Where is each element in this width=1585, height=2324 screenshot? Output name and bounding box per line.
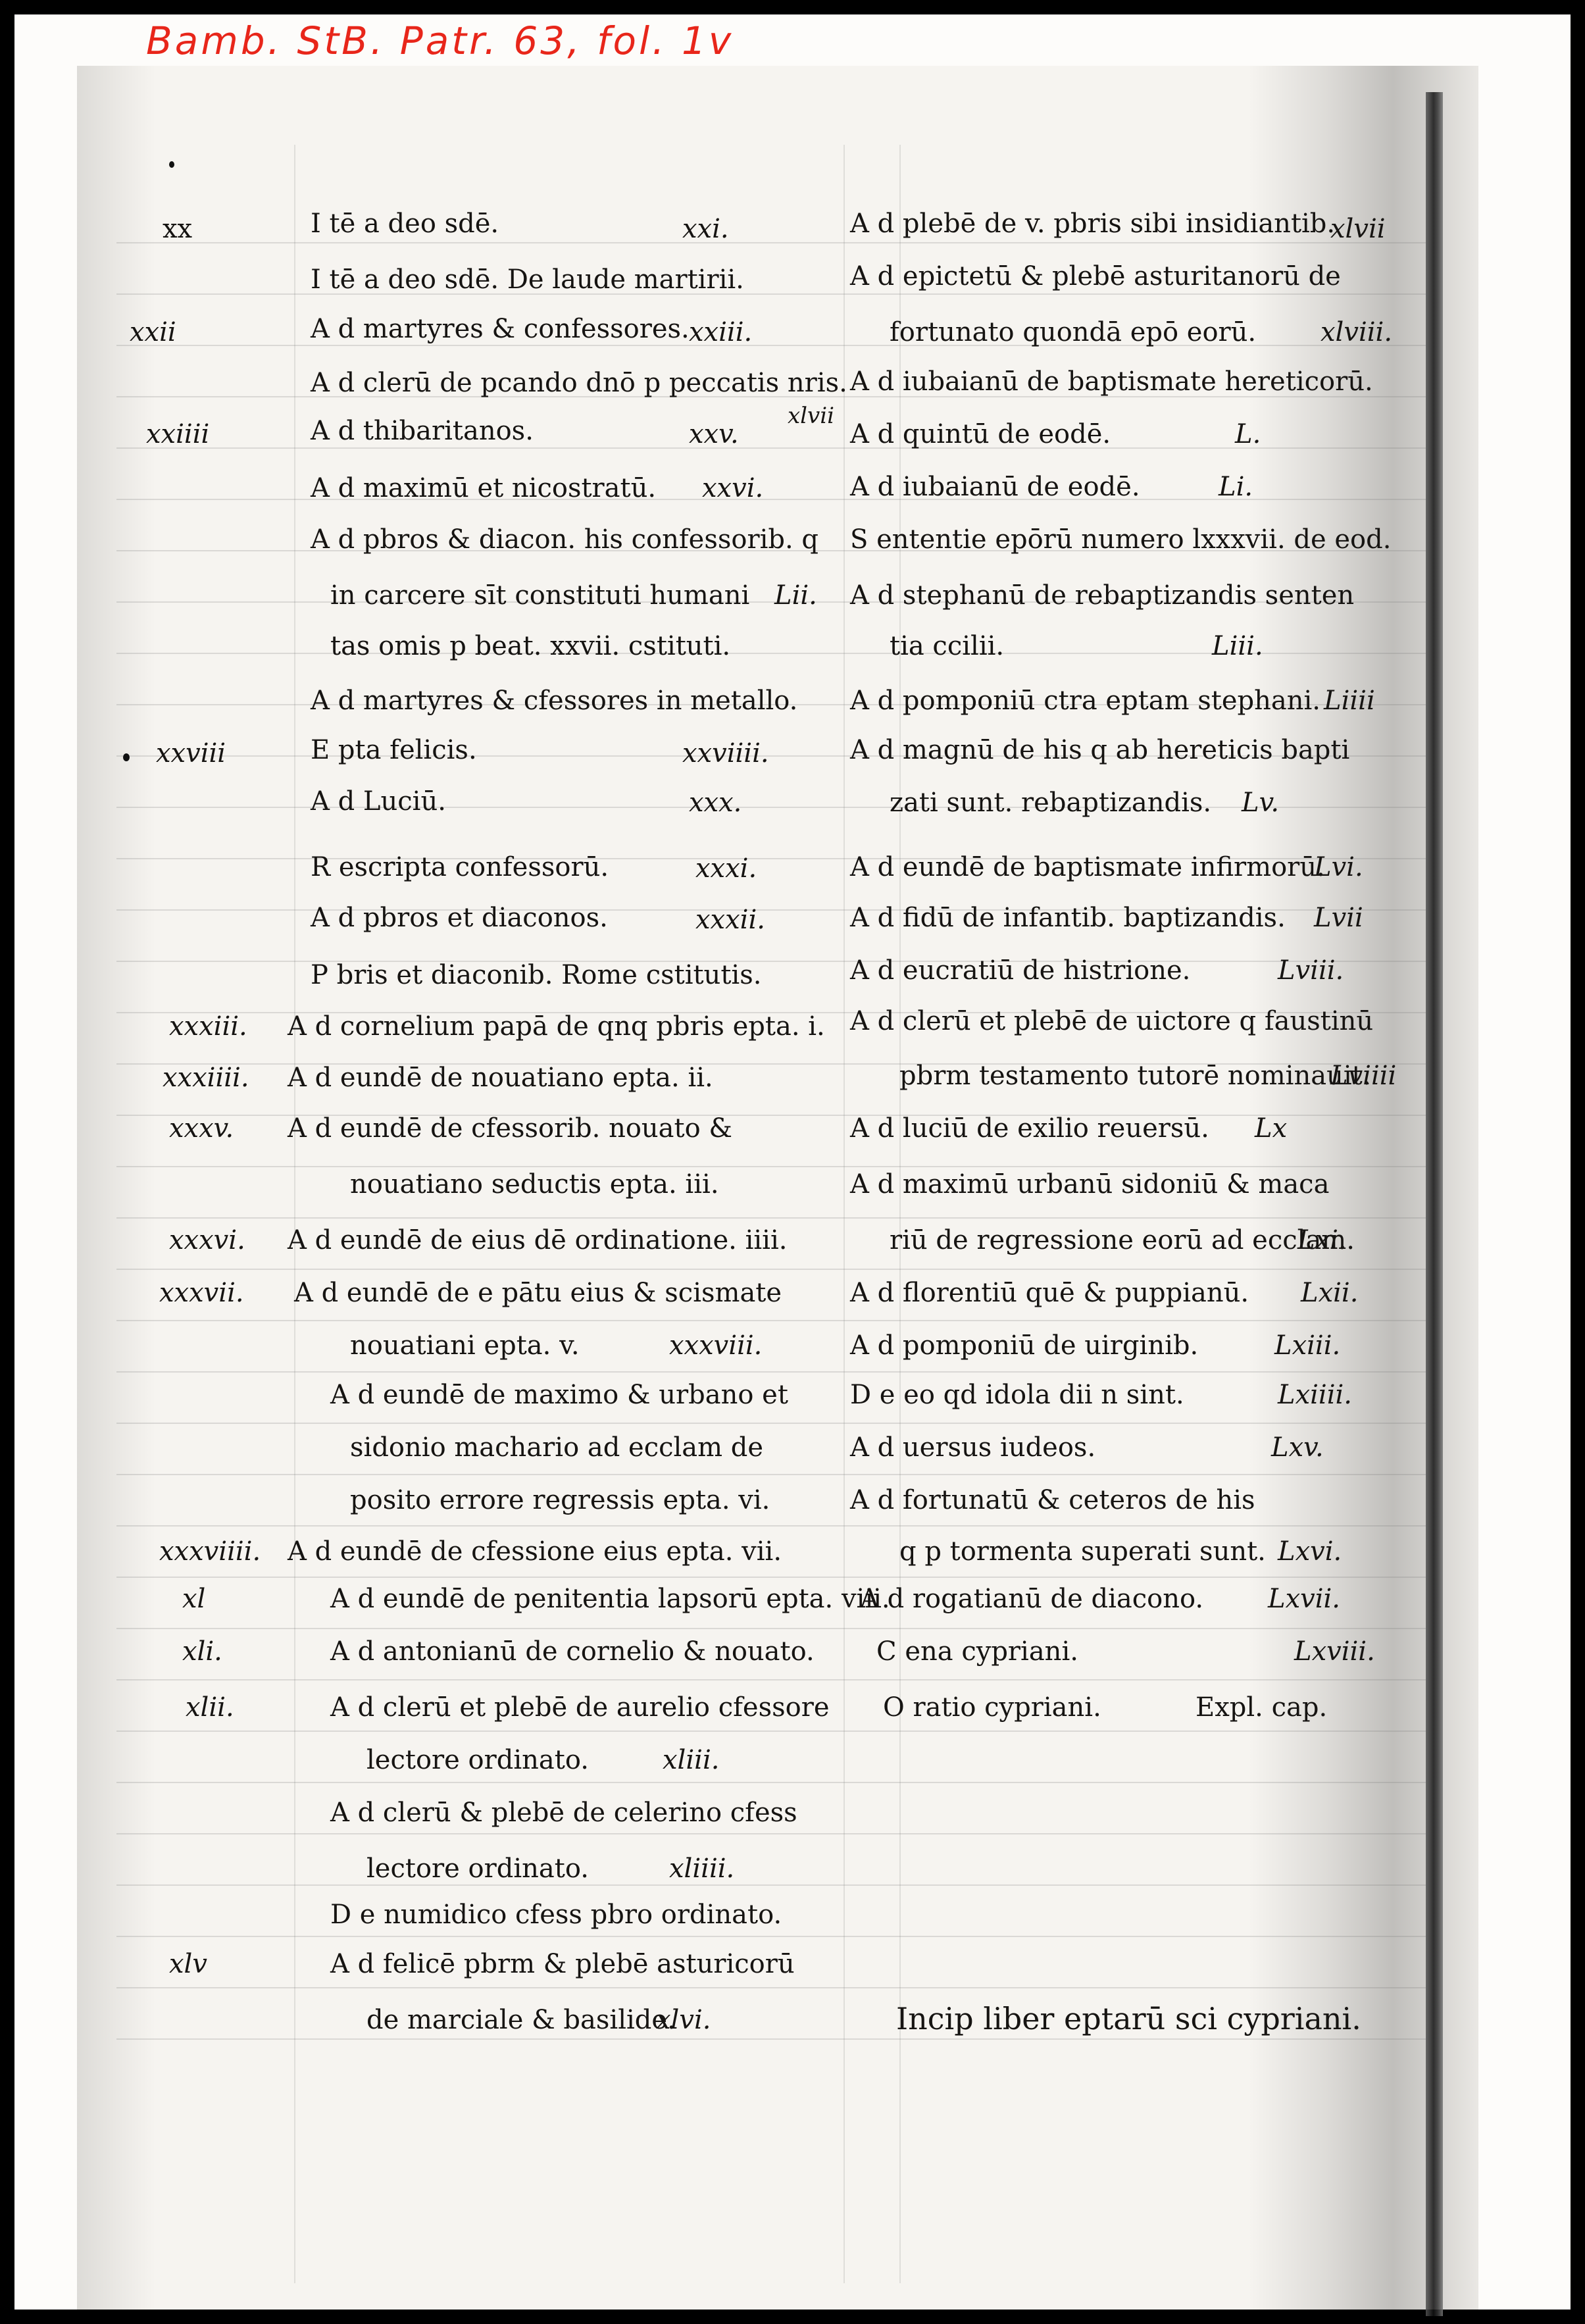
toc-entry: A d uersus iudeos. — [850, 1434, 1095, 1461]
toc-entry: A d eundē de cfessorib. nouato & — [288, 1115, 732, 1142]
toc-entry: A d antonianū de cornelio & nouato. — [330, 1638, 815, 1665]
entry-number: Li. — [1219, 474, 1253, 500]
entry-number: Lviii. — [1278, 957, 1344, 984]
toc-entry: A d epictetū & plebē asturitanorū de — [850, 263, 1341, 290]
ruling-line — [116, 1833, 1426, 1834]
entry-number: xxxi. — [695, 855, 757, 882]
toc-entry: I tē a deo sdē. De laude martirii. — [311, 266, 744, 293]
binding-gutter — [1426, 92, 1443, 2316]
toc-entry: A d eundē de e pātu eius & scismate — [294, 1280, 782, 1306]
toc-entry: nouatiano seductis epta. iii. — [350, 1171, 719, 1198]
ruling-line — [116, 1269, 1426, 1270]
entry-number: xxi. — [682, 216, 729, 242]
entry-number: xliiii. — [669, 1856, 734, 1882]
toc-entry: A d clerū et plebē de uictore q faustinū — [850, 1008, 1373, 1034]
left-bounding-line — [294, 145, 295, 2283]
toc-entry: A d rogatianū de diacono. — [860, 1586, 1203, 1612]
toc-entry: A d clerū et plebē de aurelio cfessore — [330, 1694, 830, 1721]
ruling-line — [116, 1217, 1426, 1219]
toc-entry: in carcere sīt constituti humani — [330, 582, 749, 609]
ruling-line — [116, 242, 1426, 243]
entry-number: Lxiiii. — [1278, 1382, 1352, 1408]
toc-entry: q p tormenta superati sunt. — [899, 1538, 1266, 1565]
toc-entry: A d eundē de maximo & urbano et — [330, 1382, 788, 1408]
right-column-bounding-line — [899, 145, 901, 2283]
marginal-insert-number: xlvii — [788, 405, 834, 427]
cross-ref-number: Lii. — [774, 582, 817, 609]
ruling-line — [116, 1782, 1426, 1783]
toc-entry: A d iubaianū de baptismate hereticorū. — [850, 368, 1373, 395]
margin-number: xxxvii. — [159, 1280, 244, 1306]
entry-number: Lxvii. — [1268, 1586, 1340, 1612]
toc-entry: A d Luciū. — [311, 788, 446, 815]
toc-entry: A d magnū de his q ab hereticis bapti — [850, 737, 1349, 763]
toc-entry: A d cornelium papā de qnq pbris epta. i. — [288, 1013, 825, 1040]
margin-number: xxxvi. — [169, 1227, 245, 1253]
margin-number: xlii. — [186, 1694, 234, 1721]
toc-entry: A d fidū de infantib. baptizandis. — [850, 905, 1286, 931]
toc-entry: A d pbros & diacon. his confessorib. q — [311, 526, 818, 553]
ruling-line — [116, 1987, 1426, 1988]
entry-number: Lv. — [1242, 790, 1279, 816]
explicit-label: Expl. cap. — [1195, 1694, 1327, 1721]
ruling-line — [116, 1525, 1426, 1527]
toc-entry: E pta felicis. — [311, 737, 477, 763]
toc-entry: A d maximū urbanū sidoniū & maca — [850, 1171, 1329, 1198]
ruling-line — [116, 1423, 1426, 1424]
toc-entry: A d martyres & cfessores in metallo. — [311, 688, 797, 714]
toc-entry: tia ccilii. — [890, 633, 1004, 659]
margin-number: xxiiii — [146, 421, 209, 447]
margin-number: xxxviiii. — [159, 1538, 261, 1565]
toc-entry: A d iubaianū de eodē. — [850, 474, 1140, 500]
margin-number: xx — [163, 216, 192, 242]
shelfmark-annotation: Bamb. StB. Patr. 63, fol. 1v — [146, 18, 734, 63]
toc-entry: de marciale & basilide. — [366, 2007, 676, 2033]
toc-entry: O ratio cypriani. — [883, 1694, 1101, 1721]
entry-number: xxviiii. — [682, 740, 769, 767]
toc-entry: A d stephanū de rebaptizandis senten — [850, 582, 1354, 609]
toc-entry: fortunato quondā epō eorū. — [890, 319, 1256, 345]
entry-number: Liiii — [1324, 688, 1375, 714]
column-bounding-line — [843, 145, 845, 2283]
toc-entry: I tē a deo sdē. — [311, 211, 499, 237]
toc-entry: A d eundē de baptismate infirmorū. — [850, 854, 1325, 880]
toc-entry: A d plebē de v. pbris sibi insidiantib. — [850, 211, 1335, 237]
entry-number: xxxii. — [695, 907, 765, 933]
toc-entry: R escripta confessorū. — [311, 854, 609, 880]
ruling-line — [116, 1628, 1426, 1629]
entry-number: xlvi. — [656, 2007, 711, 2033]
toc-entry: A d eundē de nouatiano epta. ii. — [288, 1065, 713, 1091]
ruling-line — [116, 1577, 1426, 1578]
toc-entry: riū de regressione eorū ad ecclam. — [890, 1227, 1355, 1253]
entry-number: Lx — [1255, 1115, 1287, 1142]
entry-number: Lvii — [1314, 905, 1363, 931]
entry-number: Liii. — [1212, 633, 1263, 659]
ruling-line — [116, 2038, 1426, 2040]
toc-entry: A d florentiū quē & puppianū. — [850, 1280, 1249, 1306]
toc-entry: pbrm testamento tutorē nominauit. — [899, 1063, 1371, 1089]
entry-number: xxx. — [689, 790, 742, 816]
entry-number: xliii. — [663, 1747, 719, 1773]
toc-entry: A d pomponiū de uirginib. — [850, 1332, 1198, 1359]
toc-entry: A d quintū de eodē. — [850, 421, 1111, 447]
entry-number: Lxviii. — [1294, 1638, 1375, 1665]
toc-entry: D e eo qd idola dii n sint. — [850, 1382, 1184, 1408]
ruling-line — [116, 1730, 1426, 1732]
toc-entry: A d clerū de pcando dnō p peccatis nris. — [311, 370, 847, 396]
toc-entry: A d eundē de penitentia lapsorū epta. vi… — [330, 1586, 890, 1612]
margin-number: xlv — [169, 1951, 207, 1977]
toc-entry: A d fortunatū & ceteros de his — [850, 1487, 1255, 1513]
toc-entry: D e numidico cfess pbro ordinato. — [330, 1902, 782, 1928]
ruling-line — [116, 1166, 1426, 1167]
entry-number: xxvi. — [702, 475, 763, 501]
toc-entry: lectore ordinato. — [366, 1747, 589, 1773]
toc-entry: A d pbros et diaconos. — [311, 905, 608, 931]
toc-entry: S ententie epōrū numero lxxxvii. de eod. — [850, 526, 1391, 553]
entry-number: Lxvi. — [1278, 1538, 1342, 1565]
toc-entry: A d luciū de exilio reuersū. — [850, 1115, 1209, 1142]
margin-number: xxviii — [156, 740, 226, 767]
entry-number: L. — [1235, 421, 1261, 447]
incipit-heading: Incip liber eptarū sci cypriani. — [896, 2004, 1361, 2034]
entry-number: Lxv. — [1271, 1434, 1324, 1461]
toc-entry: nouatiani epta. v. — [350, 1332, 580, 1359]
page-sheet: Bamb. StB. Patr. 63, fol. 1v xx I tē a d… — [14, 14, 1571, 2310]
ruling-line — [116, 1936, 1426, 1937]
toc-entry: A d eucratiū de histrione. — [850, 957, 1190, 984]
toc-entry: A d pomponiū ctra eptam stephani. — [850, 688, 1321, 714]
entry-number: xxiii. — [689, 319, 752, 345]
ruling-line — [116, 447, 1426, 449]
toc-entry: A d clerū & plebē de celerino cfess — [330, 1800, 797, 1826]
toc-entry: A d thibaritanos. — [311, 418, 534, 444]
ruling-line — [116, 1320, 1426, 1321]
ink-dot — [123, 753, 130, 761]
toc-entry: A d eundē de eius dē ordinatione. iiii. — [288, 1227, 787, 1253]
margin-number: xl — [182, 1586, 205, 1612]
toc-entry: A d eundē de cfessione eius epta. vii. — [288, 1538, 782, 1565]
entry-number: Lxii. — [1301, 1280, 1358, 1306]
entry-number: Lxiii. — [1274, 1332, 1340, 1359]
margin-number: xxxiii. — [169, 1013, 247, 1040]
margin-number: xxii — [130, 319, 176, 345]
entry-number: Lvi. — [1314, 854, 1363, 880]
toc-entry: A d maximū et nicostratū. — [311, 475, 656, 501]
toc-entry: A d felicē pbrm & plebē asturicorū — [330, 1951, 795, 1977]
toc-entry: zati sunt. rebaptizandis. — [890, 790, 1211, 816]
ink-dot — [169, 161, 174, 168]
toc-entry: C ena cypriani. — [876, 1638, 1078, 1665]
toc-entry: P bris et diaconib. Rome cstitutis. — [311, 962, 761, 988]
entry-number: Lxi. — [1297, 1227, 1347, 1253]
margin-number: xxxiiii. — [163, 1065, 249, 1091]
entry-number: xxxviii. — [669, 1332, 762, 1359]
entry-number: xlviii. — [1321, 319, 1392, 345]
ruling-line — [116, 1474, 1426, 1475]
toc-entry: sidonio machario ad ecclam de — [350, 1434, 763, 1461]
entry-number: Lviiii — [1330, 1063, 1396, 1089]
entry-number: xxv. — [689, 421, 739, 447]
margin-number: xli. — [182, 1638, 222, 1665]
toc-entry: posito errore regressis epta. vi. — [350, 1487, 770, 1513]
entry-number: xlvii — [1330, 216, 1386, 242]
ruling-line — [116, 1679, 1426, 1680]
ruling-line — [116, 1371, 1426, 1373]
ruling-line — [116, 1884, 1426, 1886]
manuscript-folio: xx I tē a deo sdē. xxi. I tē a deo sdē. … — [77, 66, 1478, 2310]
toc-entry: tas omis p beat. xxvii. cstituti. — [330, 633, 730, 659]
margin-number: xxxv. — [169, 1115, 234, 1142]
toc-entry: A d martyres & confessores. — [311, 316, 690, 342]
toc-entry: lectore ordinato. — [366, 1856, 589, 1882]
